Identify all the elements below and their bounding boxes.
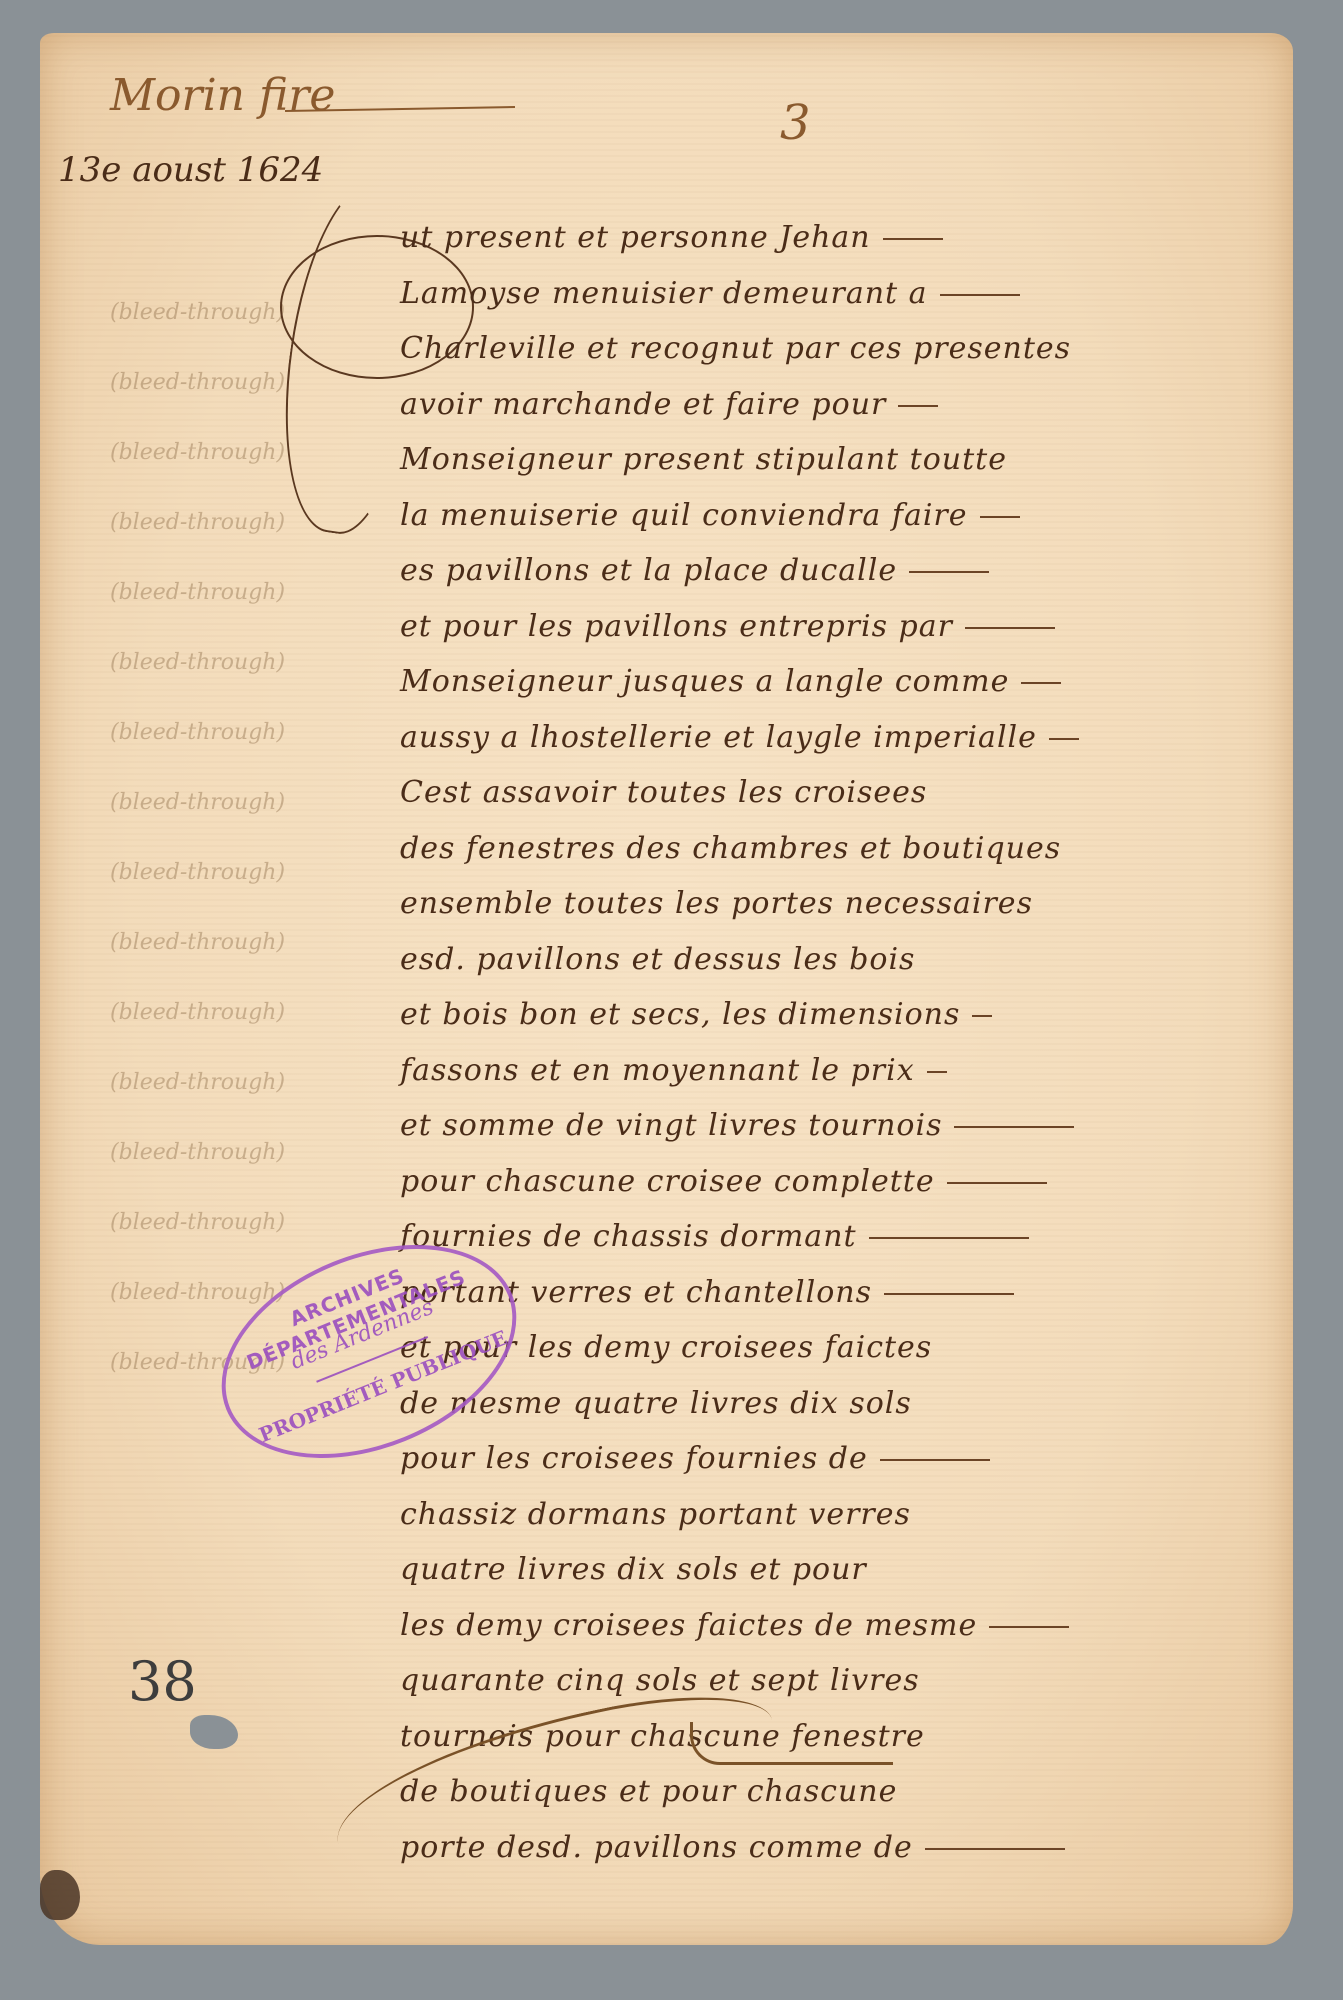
margin-bleed-mark: (bleed-through) (110, 1140, 370, 1210)
line-filler-stroke (980, 516, 1020, 518)
manuscript-line-text: pour chascune croisee complette (400, 1164, 935, 1199)
manuscript-line-text: et bois bon et secs, les dimensions (400, 997, 960, 1032)
line-filler-stroke (883, 238, 943, 240)
manuscript-line-text: esd. pavillons et dessus les bois (400, 942, 915, 977)
manuscript-line: quarante cinq sols et sept livres (400, 1653, 1280, 1709)
manuscript-line: fassons et en moyennant le prix (400, 1043, 1280, 1099)
manuscript-line-text: ut present et personne Jehan (400, 220, 871, 255)
manuscript-line: et pour les pavillons entrepris par (400, 599, 1280, 655)
line-filler-stroke (965, 627, 1055, 629)
manuscript-line-text: pour les croisees fournies de (400, 1441, 868, 1476)
manuscript-line: esd. pavillons et dessus les bois (400, 932, 1280, 988)
margin-bleed-mark: (bleed-through) (110, 1000, 370, 1070)
line-filler-stroke (884, 1293, 1014, 1295)
manuscript-line: chassiz dormans portant verres (400, 1487, 1280, 1543)
margin-bleed-mark: (bleed-through) (110, 720, 370, 790)
line-filler-stroke (927, 1071, 947, 1073)
manuscript-line-text: quatre livres dix sols et pour (400, 1552, 867, 1587)
manuscript-line: Monseigneur present stipulant toutte (400, 432, 1280, 488)
margin-bleed-mark: (bleed-through) (110, 930, 370, 1000)
header-name: Morin fire (110, 70, 335, 121)
closing-flourish-tail (690, 1722, 893, 1765)
manuscript-line: ensemble toutes les portes necessaires (400, 876, 1280, 932)
folio-number: 3 (780, 95, 811, 151)
manuscript-line: de mesme quatre livres dix sols (400, 1376, 1280, 1432)
line-filler-stroke (989, 1626, 1069, 1628)
margin-bleed-mark: (bleed-through) (110, 860, 370, 930)
manuscript-line-text: Monseigneur present stipulant toutte (400, 442, 1007, 477)
manuscript-line-text: avoir marchande et faire pour (400, 387, 886, 422)
manuscript-line-text: et pour les pavillons entrepris par (400, 609, 953, 644)
manuscript-line: portant verres et chantellons (400, 1265, 1280, 1321)
manuscript-line: avoir marchande et faire pour (400, 377, 1280, 433)
manuscript-line: Monseigneur jusques a langle comme (400, 654, 1280, 710)
manuscript-line-text: Cest assavoir toutes les croisees (400, 775, 927, 810)
manuscript-line: Lamoyse menuisier demeurant a (400, 266, 1280, 322)
manuscript-line: les demy croisees faictes de mesme (400, 1598, 1280, 1654)
margin-bleed-mark: (bleed-through) (110, 650, 370, 720)
manuscript-body: ut present et personne JehanLamoyse menu… (400, 210, 1280, 1875)
manuscript-line-text: Charleville et recognut par ces presente… (400, 331, 1071, 366)
manuscript-number: 38 (128, 1650, 197, 1713)
manuscript-line: es pavillons et la place ducalle (400, 543, 1280, 599)
manuscript-line-text: les demy croisees faictes de mesme (400, 1608, 977, 1643)
manuscript-line: pour chascune croisee complette (400, 1154, 1280, 1210)
manuscript-line: Charleville et recognut par ces presente… (400, 321, 1280, 377)
manuscript-line: fournies de chassis dormant (400, 1209, 1280, 1265)
manuscript-line: aussy a lhostellerie et laygle imperiall… (400, 710, 1280, 766)
manuscript-line-text: et somme de vingt livres tournois (400, 1108, 942, 1143)
manuscript-line: ut present et personne Jehan (400, 210, 1280, 266)
line-filler-stroke (925, 1848, 1065, 1850)
manuscript-line: la menuiserie quil conviendra faire (400, 488, 1280, 544)
line-filler-stroke (1021, 682, 1061, 684)
burn-mark (40, 1870, 80, 1920)
manuscript-line-text: aussy a lhostellerie et laygle imperiall… (400, 720, 1037, 755)
line-filler-stroke (940, 294, 1020, 296)
manuscript-line: Cest assavoir toutes les croisees (400, 765, 1280, 821)
line-filler-stroke (869, 1237, 1029, 1239)
manuscript-line-text: chassiz dormans portant verres (400, 1497, 911, 1532)
margin-bleed-mark: (bleed-through) (110, 580, 370, 650)
manuscript-line-text: es pavillons et la place ducalle (400, 553, 897, 588)
manuscript-line-text: Monseigneur jusques a langle comme (400, 664, 1009, 699)
manuscript-line-text: quarante cinq sols et sept livres (400, 1663, 920, 1698)
manuscript-line: quatre livres dix sols et pour (400, 1542, 1280, 1598)
manuscript-line: et pour les demy croisees faictes (400, 1320, 1280, 1376)
line-filler-stroke (1049, 738, 1079, 740)
manuscript-line-text: ensemble toutes les portes necessaires (400, 886, 1033, 921)
line-filler-stroke (954, 1126, 1074, 1128)
manuscript-line-text: la menuiserie quil conviendra faire (400, 498, 968, 533)
manuscript-line: et somme de vingt livres tournois (400, 1098, 1280, 1154)
margin-bleed-mark: (bleed-through) (110, 790, 370, 860)
line-filler-stroke (898, 405, 938, 407)
margin-bleed-mark: (bleed-through) (110, 1070, 370, 1140)
line-filler-stroke (947, 1182, 1047, 1184)
manuscript-line-text: fassons et en moyennant le prix (400, 1053, 915, 1088)
line-filler-stroke (909, 571, 989, 573)
manuscript-line-text: des fenestres des chambres et boutiques (400, 831, 1061, 866)
line-filler-stroke (880, 1459, 990, 1461)
header-date: 13e aoust 1624 (58, 150, 323, 190)
manuscript-line: des fenestres des chambres et boutiques (400, 821, 1280, 877)
manuscript-line: pour les croisees fournies de (400, 1431, 1280, 1487)
manuscript-line-text: Lamoyse menuisier demeurant a (400, 276, 928, 311)
manuscript-line: et bois bon et secs, les dimensions (400, 987, 1280, 1043)
line-filler-stroke (972, 1015, 992, 1017)
